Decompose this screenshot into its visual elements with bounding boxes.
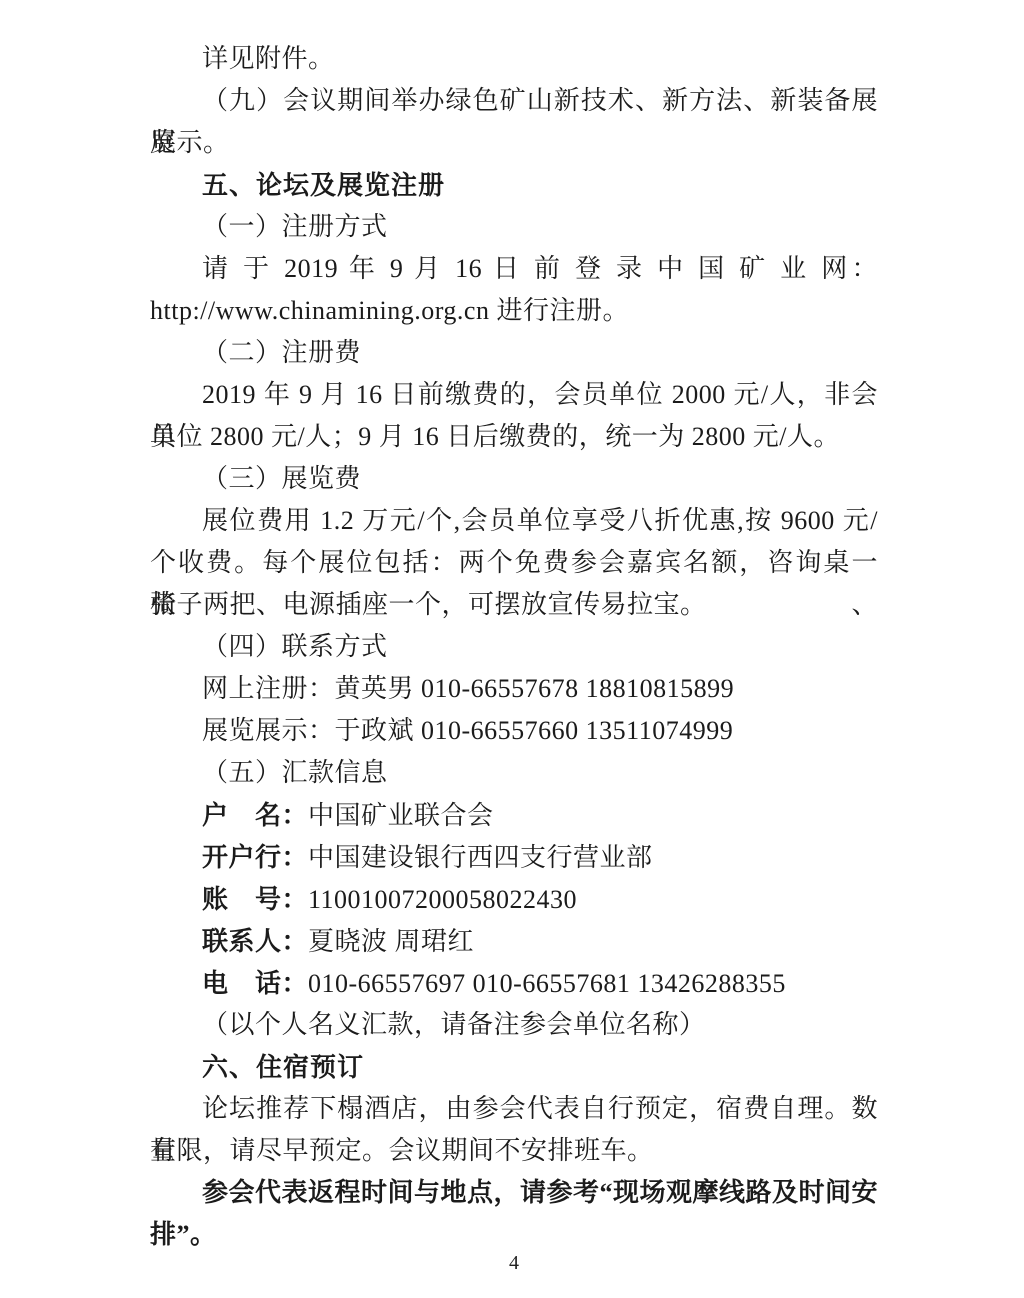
text-line: 2019 年 9 月 16 日前缴费的，会员单位 2000 元/人，非会员 [150, 374, 878, 416]
text-line: （四）联系方式 [150, 626, 878, 668]
text-line: 参会代表返程时间与地点，请参考“现场观摩线路及时间安 [150, 1172, 878, 1214]
field-value: 夏晓波 周珺红 [308, 927, 474, 956]
text-line: 账 号：11001007200058022430 [150, 878, 878, 920]
text-line: （一）注册方式 [150, 206, 878, 248]
text-line: 网上注册：黄英男 010-66557678 18810815899 [150, 668, 878, 710]
text-line: 开户行：中国建设银行西四支行营业部 [150, 836, 878, 878]
field-label: 账 号： [202, 884, 308, 914]
text-line: 有限，请尽早预定。会议期间不安排班车。 [150, 1130, 878, 1172]
text-line: （九）会议期间举办绿色矿山新技术、新方法、新装备展览 [150, 80, 878, 122]
text-line: 展位费用 1.2 万元/个,会员单位享受八折优惠,按 9600 元/ [150, 500, 878, 542]
text-line: 排”。 [150, 1214, 878, 1256]
field-value: 11001007200058022430 [308, 885, 577, 914]
text-line: 详见附件。 [150, 38, 878, 80]
text-line: 单位 2800 元/人；9 月 16 日后缴费的，统一为 2800 元/人。 [150, 416, 878, 458]
text-line: 展览展示：于政斌 010-66557660 13511074999 [150, 710, 878, 752]
field-label: 联系人： [202, 926, 308, 956]
text-line: 电 话：010-66557697 010-66557681 1342628835… [150, 962, 878, 1004]
text-line: 论坛推荐下榻酒店，由参会代表自行预定，宿费自理。数量 [150, 1088, 878, 1130]
text-line: 请 于 2019 年 9 月 16 日 前 登 录 中 国 矿 业 网： [150, 248, 878, 290]
section-heading: 六、住宿预订 [150, 1046, 878, 1088]
text-line: 户 名：中国矿业联合会 [150, 794, 878, 836]
text-line: 展示。 [150, 122, 878, 164]
document-body: 详见附件。（九）会议期间举办绿色矿山新技术、新方法、新装备展览展示。五、论坛及展… [150, 38, 878, 1256]
field-label: 户 名： [202, 800, 308, 830]
field-label: 开户行： [202, 842, 308, 872]
text-line: （五）汇款信息 [150, 752, 878, 794]
document-page: 详见附件。（九）会议期间举办绿色矿山新技术、新方法、新装备展览展示。五、论坛及展… [0, 0, 1024, 1298]
field-value: 中国建设银行西四支行营业部 [308, 843, 653, 872]
field-value: 中国矿业联合会 [308, 801, 494, 830]
field-value: 010-66557697 010-66557681 13426288355 [308, 969, 786, 998]
text-line: http://www.chinamining.org.cn 进行注册。 [150, 290, 878, 332]
text-line: （二）注册费 [150, 332, 878, 374]
text-line: 联系人：夏晓波 周珺红 [150, 920, 878, 962]
text-line: 个收费。每个展位包括：两个免费参会嘉宾名额，咨询桌一张、 [150, 542, 878, 584]
section-heading: 五、论坛及展览注册 [150, 164, 878, 206]
text-line: （三）展览费 [150, 458, 878, 500]
field-label: 电 话： [202, 968, 308, 998]
text-line: （以个人名义汇款，请备注参会单位名称） [150, 1004, 878, 1046]
page-number: 4 [150, 1252, 878, 1275]
